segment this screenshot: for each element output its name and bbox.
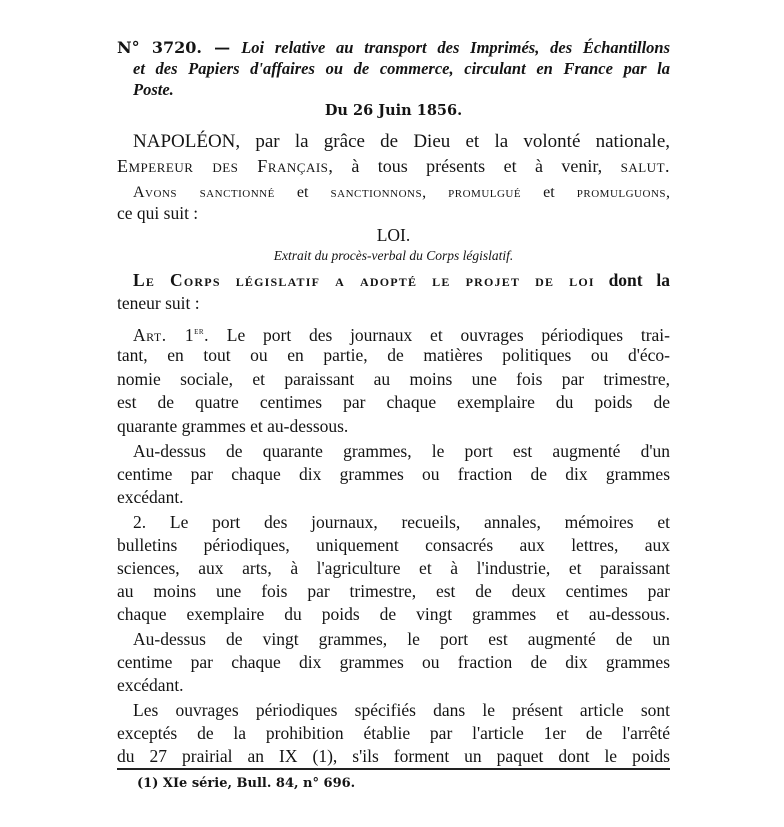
law-number: N° 3720. — (117, 38, 230, 57)
footnote-divider (117, 768, 670, 770)
loi-title: LOI. (117, 224, 670, 246)
comma: , (666, 184, 670, 201)
article-1-line-5: quarante grammes et au-dessous. (117, 415, 670, 437)
para-ouvrages-line-3: du 27 prairial an IX (1), s'ils forment … (117, 745, 670, 767)
corps-legislatif: Le Corps législatif a adopté le projet d… (133, 270, 595, 290)
preamble-text: , à tous présents et à venir, (328, 156, 602, 176)
avons-sanctionne: Avons sanctionné (133, 184, 275, 201)
para-20g-line-2: centime par chaque dix grammes ou fracti… (117, 651, 670, 673)
corps-rest: dont la (595, 270, 670, 290)
para-40g-line-3: excédant. (117, 486, 670, 508)
law-date: Du 26 Juin 1856. (117, 100, 670, 122)
comma: , (422, 184, 448, 201)
conj: et (521, 184, 577, 201)
emperor-name: NAPOLÉON (133, 131, 235, 152)
article-1-line-4: est de quatre centimes par chaque exempl… (117, 391, 670, 413)
salut: salut. (621, 156, 670, 176)
article-2-line-1: 2. Le port des journaux, recueils, annal… (133, 511, 670, 533)
article-1-line-2: tant, en tout ou en partie, de matières … (117, 344, 670, 366)
article-2-line-5: chaque exemplaire du poids de vingt gram… (117, 603, 670, 625)
promulguons: promulguons (577, 184, 666, 201)
article-1-label: Art. 1er. (133, 325, 209, 345)
conj: et (275, 184, 331, 201)
para-20g-line-1: Au-dessus de vingt grammes, le port est … (133, 628, 670, 650)
para-20g-line-3: excédant. (117, 674, 670, 696)
article-2-line-3: sciences, aux arts, à l'agriculture et à… (117, 557, 670, 579)
preamble-line-2: Empereur des Français, à tous présents e… (117, 155, 670, 177)
article-text: Le port des journaux, recueils, annales,… (170, 512, 670, 532)
law-title-line-1: Loi relative au transport des Imprimés, … (241, 38, 670, 57)
para-ouvrages-line-1: Les ouvrages périodiques spécifiés dans … (133, 699, 670, 721)
heading-line-1: N° 3720. — Loi relative au transport des… (117, 36, 670, 59)
extrait-subtitle: Extrait du procès-verbal du Corps législ… (117, 245, 670, 267)
article-2-label: 2. (133, 512, 146, 532)
preamble-text: , par la grâce de Dieu et la volonté nat… (235, 131, 670, 152)
promulgue: promulgué (448, 184, 521, 201)
article-1-line-1: Art. 1er. Le port des journaux et ouvrag… (133, 321, 670, 346)
preamble-line-1: NAPOLÉON, par la grâce de Dieu et la vol… (133, 131, 670, 153)
preamble-line-3: Avons sanctionné et sanctionnons, promul… (133, 182, 670, 204)
sanctionnons: sanctionnons (331, 184, 423, 201)
law-title-line-3: Poste. (133, 79, 670, 101)
para-40g-line-1: Au-dessus de quarante grammes, le port e… (133, 440, 670, 462)
para-40g-line-2: centime par chaque dix grammes ou fracti… (117, 463, 670, 485)
corps-line-2: teneur suit : (117, 292, 670, 314)
document-page: N° 3720. — Loi relative au transport des… (0, 0, 784, 827)
footnote: (1) XIe série, Bull. 84, n° 696. (137, 774, 355, 794)
article-1-line-3: nomie sociale, et paraissant au moins un… (117, 368, 670, 390)
corps-line-1: Le Corps législatif a adopté le projet d… (133, 269, 670, 291)
article-text: Le port des journaux et ouvrages périodi… (227, 325, 670, 345)
article-2-line-4: au moins une fois par trimestre, est de … (117, 580, 670, 602)
preamble-line-4: ce qui suit : (117, 202, 670, 224)
emperor-title: Empereur des Français (117, 156, 328, 176)
article-2-line-2: bulletins périodiques, uniquement consac… (117, 534, 670, 556)
para-ouvrages-line-2: exceptés de la prohibition établie par l… (117, 722, 670, 744)
law-title-line-2: et des Papiers d'affaires ou de commerce… (133, 58, 670, 80)
